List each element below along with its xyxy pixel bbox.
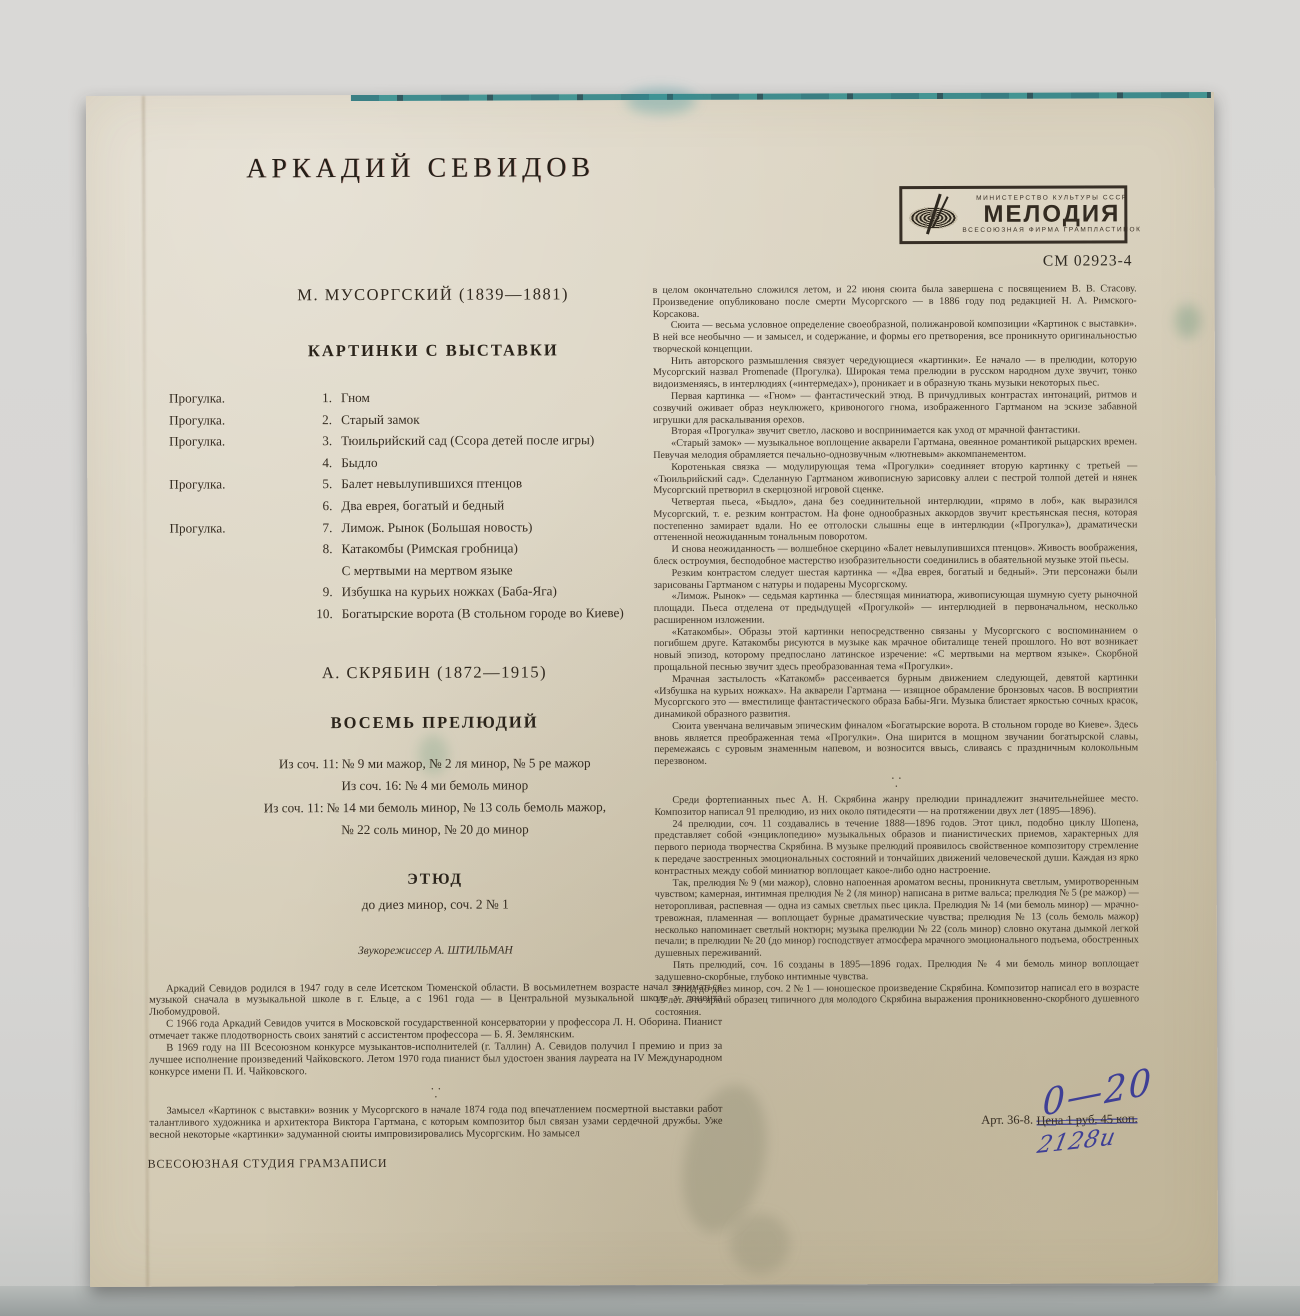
composer-mussorgsky: М. МУСОРГСКИЙ (1839—1881) bbox=[145, 284, 722, 306]
work-title-etude: ЭТЮД bbox=[147, 869, 724, 889]
notes-paragraph: Первая картинка — «Гном» — фантастически… bbox=[653, 389, 1137, 426]
liner-notes-column: в целом окончательно сложился летом, и 2… bbox=[653, 283, 1140, 1019]
bio-paragraph: С 1966 года Аркадий Севидов учится в Мос… bbox=[149, 1017, 722, 1043]
melodiya-logo-text: МИНИСТЕРСТВО КУЛЬТУРЫ СССР МЕЛОДИЯ ВСЕСО… bbox=[962, 195, 1141, 235]
program-line: Из соч. 11: № 9 ми мажор, № 2 ля минор, … bbox=[146, 751, 723, 775]
notes-paragraph: 24 прелюдии, соч. 11 создавались в течен… bbox=[654, 817, 1138, 878]
studio-credit: ВСЕСОЮЗНАЯ СТУДИЯ ГРАМЗАПИСИ bbox=[148, 1154, 725, 1171]
etude-subtitle: до диез минор, соч. 2 № 1 bbox=[147, 895, 724, 913]
table-surface bbox=[0, 1286, 1300, 1316]
notes-paragraph: Так, прелюдия № 9 (ми мажор), словно нап… bbox=[655, 876, 1139, 960]
artist-biography: Аркадий Севидов родился в 1947 году в се… bbox=[147, 981, 724, 1078]
melodiya-record-icon bbox=[908, 195, 962, 235]
notes-paragraph: Четвертая пьеса, «Быдло», дана без соеди… bbox=[653, 495, 1137, 544]
program-line: Из соч. 16: № 4 ми бемоль минор bbox=[146, 773, 723, 797]
work-title-pictures: КАРТИНКИ С ВЫСТАВКИ bbox=[145, 340, 722, 362]
program-line: № 22 соль минор, № 20 до минор bbox=[146, 817, 723, 841]
notes-paragraph: «Старый замок» — музыкальное воплощение … bbox=[653, 436, 1137, 461]
handwritten-scribble: 2128и bbox=[1035, 1124, 1118, 1159]
track-list: Прогулка.1.Гном Прогулка.2.Старый замок … bbox=[169, 386, 723, 625]
notes-paragraph: «Лимож. Рынок» — седьмая картинка — блес… bbox=[654, 590, 1138, 627]
work-title-preludes: ВОСЕМЬ ПРЕЛЮДИЙ bbox=[146, 711, 723, 733]
liner-notes-intro: Замысел «Картинок с выставки» возник у М… bbox=[147, 1104, 724, 1142]
bio-paragraph: Аркадий Севидов родился в 1947 году в се… bbox=[149, 981, 722, 1019]
dots-separator: · · · bbox=[654, 773, 1138, 791]
dots-separator: · · · bbox=[147, 1084, 724, 1102]
track-row: Прогулка.1.Гном bbox=[169, 386, 722, 410]
track-row: Прогулка.3.Тюильрийский сад (Ссора детей… bbox=[169, 429, 722, 453]
program-line: Из соч. 11: № 14 ми бемоль минор, № 13 с… bbox=[146, 795, 723, 819]
notes-paragraph: в целом окончательно сложился летом, и 2… bbox=[653, 283, 1137, 320]
stain bbox=[730, 1214, 790, 1274]
track-row: 6.Два еврея, богатый и бедный bbox=[169, 494, 722, 518]
track-row: 4.Быдло bbox=[169, 451, 722, 475]
record-sleeve-back: АРКАДИЙ СЕВИДОВ МИНИСТЕРСТВО КУЛЬТУРЫ СС… bbox=[86, 92, 1218, 1287]
notes-paragraph: Пять прелюдий, соч. 16 созданы в 1895—18… bbox=[655, 958, 1139, 983]
composer-scriabin: А. СКРЯБИН (1872—1915) bbox=[146, 661, 723, 683]
sound-engineer-credit: Звукорежиссер А. ШТИЛЬМАН bbox=[147, 943, 724, 957]
track-row: 10.Богатырские ворота (В стольном городе… bbox=[170, 602, 723, 626]
notes-paragraph: И снова неожиданность — волшебное скерци… bbox=[653, 542, 1137, 567]
track-row: 9.Избушка на курьих ножках (Баба-Яга) bbox=[170, 580, 723, 604]
notes-paragraph: Сюита — весьма условное определение свое… bbox=[653, 319, 1137, 356]
bio-paragraph: В 1969 году на III Всесоюзном конкурсе м… bbox=[149, 1041, 722, 1079]
preludes-program: Из соч. 11: № 9 ми мажор, № 2 ля минор, … bbox=[146, 751, 723, 841]
notes-paragraph: Среди фортепианных пьес А. Н. Скрябина ж… bbox=[654, 793, 1138, 818]
notes-paragraph: Сюита увенчана величавым эпическим финал… bbox=[654, 719, 1138, 768]
notes-paragraph: «Катакомбы». Образы этой картинки непоср… bbox=[654, 625, 1138, 674]
brand-name: МЕЛОДИЯ bbox=[983, 202, 1120, 226]
artist-name: АРКАДИЙ СЕВИДОВ bbox=[246, 152, 595, 185]
notes-paragraph: Резким контрастом следует шестая картинк… bbox=[654, 566, 1138, 591]
photo-scene: АРКАДИЙ СЕВИДОВ МИНИСТЕРСТВО КУЛЬТУРЫ СС… bbox=[0, 0, 1300, 1316]
track-row: 8.Катакомбы (Римская гробница) bbox=[169, 537, 722, 561]
stain bbox=[626, 88, 696, 114]
track-row: Прогулка.2.Старый замок bbox=[169, 407, 722, 431]
notes-paragraph: Этюд до диез минор, соч. 2 № 1 — юношеск… bbox=[655, 982, 1139, 1019]
intro-paragraph: Замысел «Картинок с выставки» возник у М… bbox=[149, 1104, 722, 1142]
left-column: М. МУСОРГСКИЙ (1839—1881) КАРТИНКИ С ВЫС… bbox=[145, 284, 725, 1172]
track-row: Прогулка.7.Лимож. Рынок (Большая новость… bbox=[169, 515, 722, 539]
firm-line: ВСЕСОЮЗНАЯ ФИРМА ГРАМПЛАСТИНОК bbox=[962, 227, 1141, 234]
front-cover-edge bbox=[351, 92, 1211, 101]
notes-paragraph: Мрачная застылость «Катакомб» рассеивает… bbox=[654, 672, 1138, 721]
catalog-number: СМ 02923-4 bbox=[944, 252, 1132, 271]
melodiya-logo-plate: МИНИСТЕРСТВО КУЛЬТУРЫ СССР МЕЛОДИЯ ВСЕСО… bbox=[899, 185, 1127, 244]
track-subtitle-row: С мертвыми на мертвом языке bbox=[170, 559, 723, 583]
notes-paragraph: Коротенькая связка — модулирующая тема «… bbox=[653, 460, 1137, 497]
track-row: Прогулка.5.Балет невылупившихся птенцов bbox=[169, 472, 722, 496]
article-number: Арт. 36-8. bbox=[981, 1113, 1033, 1127]
stain bbox=[1175, 304, 1201, 338]
notes-paragraph: Нить авторского размышления связует чере… bbox=[653, 354, 1137, 391]
